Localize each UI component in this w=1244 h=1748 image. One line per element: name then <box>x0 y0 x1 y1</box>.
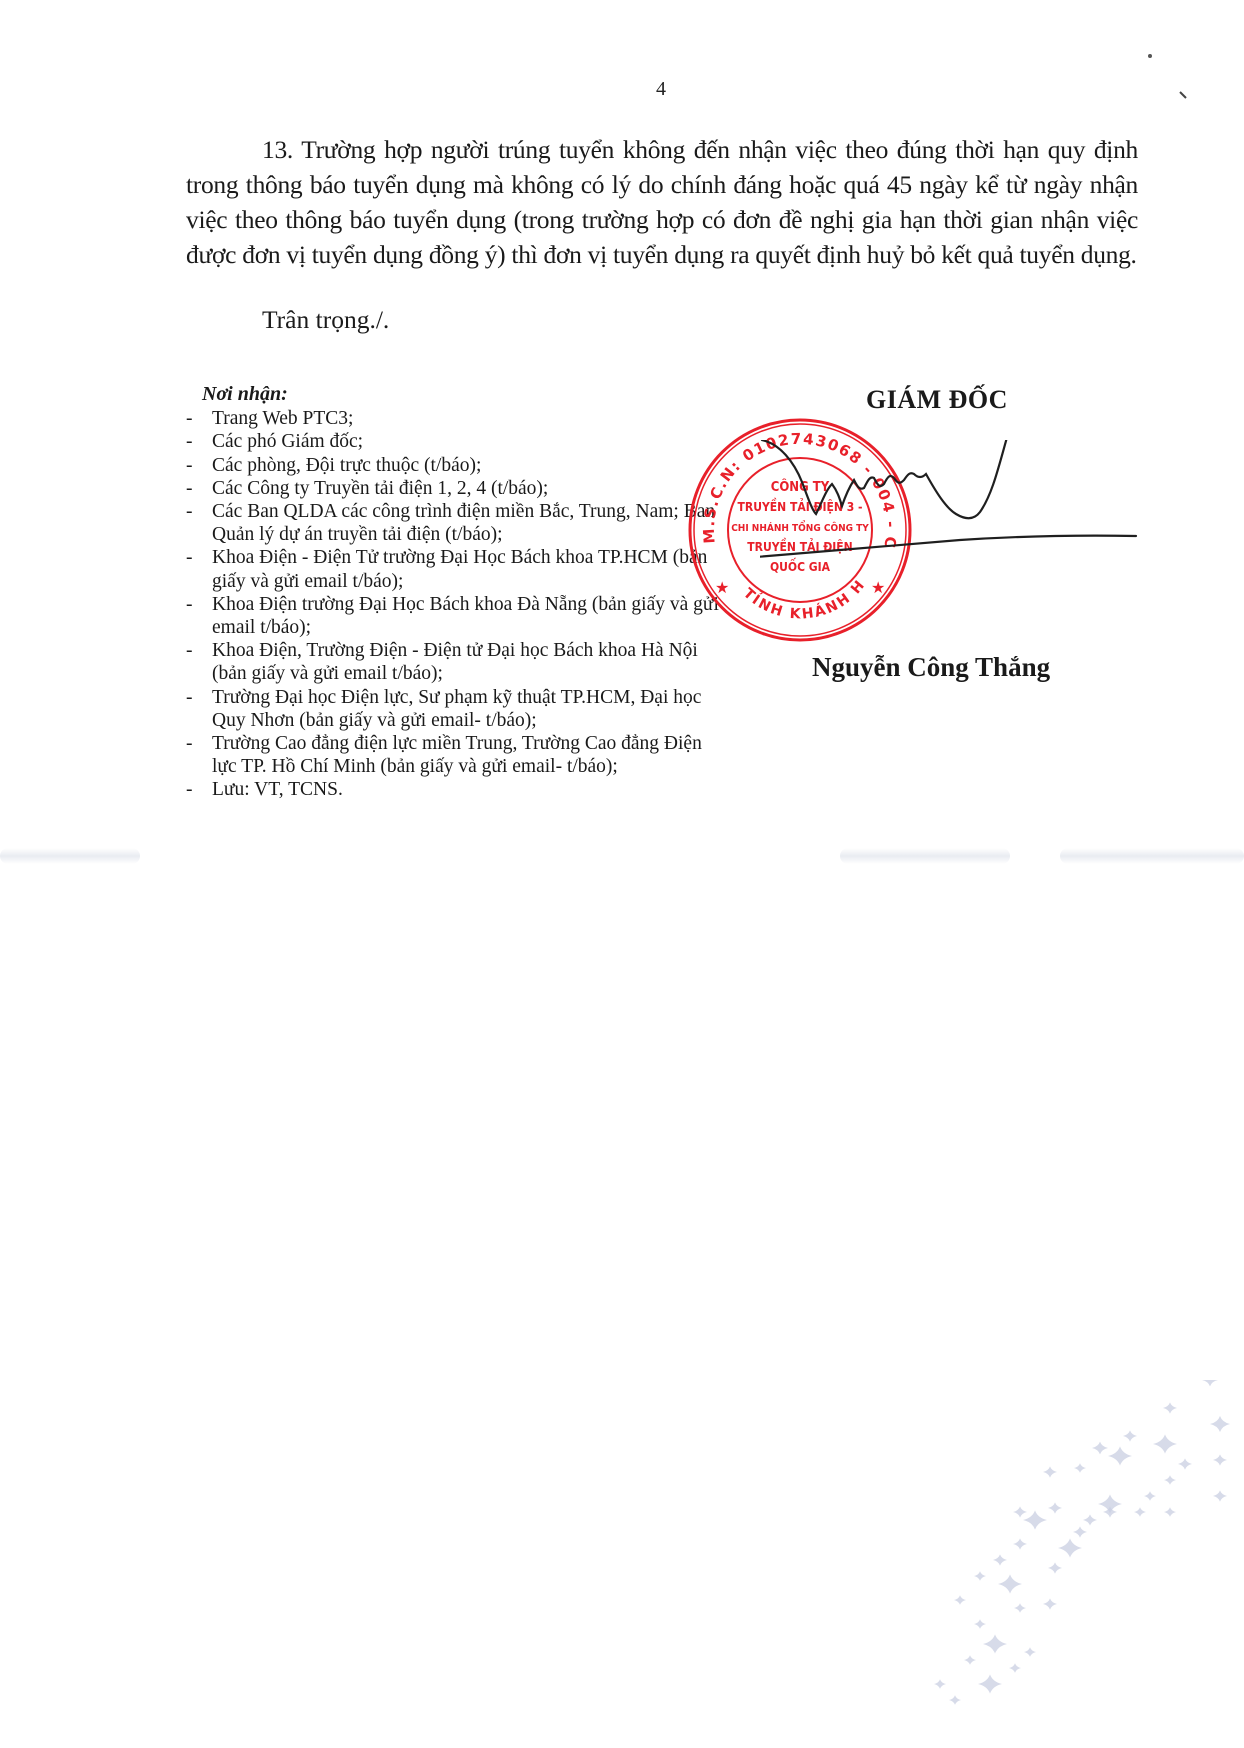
scan-speck-icon <box>1140 48 1200 108</box>
recipient-item: Các Ban QLDA các công trình điện miền Bắ… <box>180 500 720 546</box>
closing-line: Trân trọng./. <box>262 305 389 335</box>
recipient-item: Các Công ty Truyền tải điện 1, 2, 4 (t/b… <box>180 477 720 500</box>
sparkle-watermark-icon <box>920 1380 1244 1748</box>
recipient-item: Các phó Giám đốc; <box>180 430 720 453</box>
scan-artifact <box>840 848 1010 864</box>
signer-title: GIÁM ĐỐC <box>866 385 1008 415</box>
recipients-heading: Nơi nhận: <box>202 383 720 406</box>
recipient-item: Lưu: VT, TCNS. <box>180 778 720 801</box>
recipient-item: Khoa Điện trường Đại Học Bách khoa Đà Nẵ… <box>180 593 720 639</box>
signer-name: Nguyễn Công Thắng <box>812 652 1050 683</box>
page-number: 4 <box>0 78 1244 101</box>
paragraph-13-text: 13. Trường hợp người trúng tuyển không đ… <box>186 135 1138 269</box>
paragraph-13: 13. Trường hợp người trúng tuyển không đ… <box>186 132 1138 272</box>
recipient-item: Trường Đại học Điện lực, Sư phạm kỹ thuậ… <box>180 686 720 732</box>
recipient-item: Trường Cao đẳng điện lực miền Trung, Trư… <box>180 732 720 778</box>
recipients-block: Nơi nhận: Trang Web PTC3; Các phó Giám đ… <box>180 383 720 802</box>
recipient-item: Các phòng, Đội trực thuộc (t/báo); <box>180 454 720 477</box>
scan-artifact <box>0 848 140 864</box>
seal-star-icon: ★ <box>715 580 729 597</box>
scan-artifact <box>1060 848 1244 864</box>
handwritten-signature-icon <box>760 440 1140 640</box>
recipient-item: Khoa Điện, Trường Điện - Điện tử Đại học… <box>180 639 720 685</box>
recipients-list: Trang Web PTC3; Các phó Giám đốc; Các ph… <box>180 407 720 801</box>
recipient-item: Khoa Điện - Điện Tử trường Đại Học Bách … <box>180 546 720 592</box>
recipient-item: Trang Web PTC3; <box>180 407 720 430</box>
